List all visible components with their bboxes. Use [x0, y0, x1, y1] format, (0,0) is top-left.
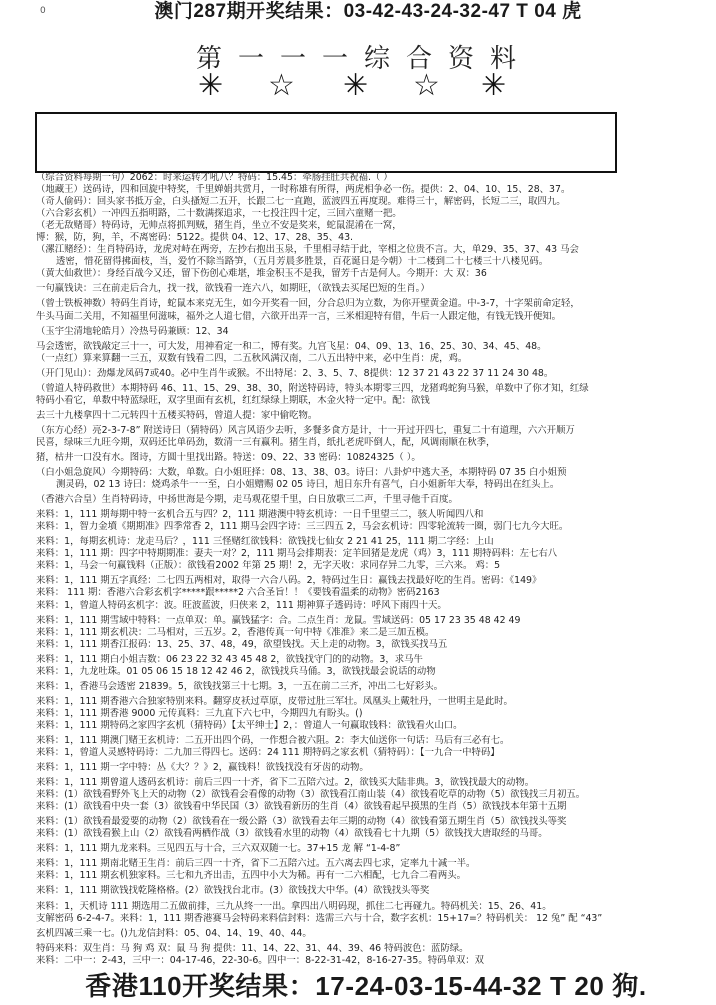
text-line: （漯江赌经）：生肖特码诗，龙虎对峙在两旁，左抄右抱出玉泉，千里相寻结于此，宰相之… — [36, 244, 716, 256]
asterisk-icon: ✳ — [481, 66, 506, 106]
text-line: 来料：1，曾道人特码玄机字：波。旺波蓝波，归侠来 2，111 期神算子透码诗：呼… — [36, 600, 716, 612]
text-line: 民喜，绿味三九旺今期，双码还比单码劲，数清一三有赢利。猪生肖，纸扎老虎吓倒人，配… — [36, 437, 716, 449]
text-line: 来料：1，111 期：四字中特期期准：妻夫一对？2，111 期马会排期表：定羊回… — [36, 548, 716, 560]
text-line: （白小姐急旋风）今期特码：大数，单数。白小姐旺择：08、13、38、03。诗曰：… — [36, 467, 716, 479]
text-line: 来料：1，111 期雪域中特料：一点单双：单。赢钱猛字：合。二点生肖：龙鼠。雪域… — [36, 615, 716, 627]
text-line: 支解密码 6-2-4-7。来料：1，111 期香港赛马会特码来料信封料：选需三六… — [36, 913, 716, 925]
text-line: 来料：1，111 期欲钱找乾隆格格。(2）欲钱找台北市。(3）欲钱找大中华。(4… — [36, 885, 716, 897]
text-line: 来料：1，111 期特码之家四字玄机（猜特码）【太平绅士】2，：曾道人一句赢取钱… — [36, 720, 716, 732]
text-line: 来料：1，111 期香港 9000 元传真料：三九直下六七中，今期四九有盼头。(… — [36, 708, 716, 720]
text-line: 博：猴，防，狗，羊，不离密码：5122。提供 04、12、17、28、35、43… — [36, 232, 716, 244]
text-line: 玄机四减三乘一七。()九龙信封料：05、04、14、19、40、44。 — [36, 928, 716, 940]
text-line: （开门见山）：劲爆龙凤码7或40。必中生肖牛或猴。不出特尾：2、3、5、7、8提… — [36, 368, 716, 380]
text-line: 来料：二中一：2-43，三中一：04-17-46，22-30-6。四中一：8-2… — [36, 955, 716, 967]
text-line: （玉宇尘清地轮皓月）冷热号码兼顾：12、34 — [36, 326, 716, 338]
info-text-body: （综合资料每期一句）2062：时来运转才吼八？特码：15.45：牵肠挂肚共祝福.… — [36, 172, 716, 967]
text-line: （曾士铁板神数）特码生肖诗，蛇鼠本来克无生，如今开奖看一回，分合总归为立数，为你… — [36, 298, 716, 310]
text-line: 来料：1，111 期曾道人透码玄机诗：前后三四一十齐，省下二五陪六过。2，欲钱买… — [36, 777, 716, 789]
text-line: 来料：1，111 期五字真经：二七四五两相对，取得一六合八码。2，特码过生日：赢… — [36, 575, 716, 587]
text-line: 来料：1，曾道人灵感特码诗：二九加三得四七。送码：24 111 期特码之家玄机（… — [36, 747, 716, 759]
text-line: （黄大仙救世）：身经百战今又还，留下伤创心难堪，堆金积玉不是我，留芳千古是何人。… — [36, 268, 716, 280]
text-line: 猪，枯井一口没有水。图诗，方圆十里找出路。特送：09、22、33 密码：1082… — [36, 452, 716, 464]
text-line: 来料：(1）欲钱看最爱要的动物（2）欲钱看在一级公路（3）欲钱看去年三期的动物（… — [36, 816, 716, 828]
text-line: （六合彩玄机）一冲四五指明路，二十数满探追求，一七投注四十定，三回六童赌一把。 — [36, 208, 716, 220]
star-decoration-row: ✳ ☆ ✳ ☆ ✳ — [0, 66, 716, 106]
text-line: 来料：(1）欲钱看中央一套（3）欲钱看中华民国（3）欲钱看新历的生肖（4）欲钱看… — [36, 801, 716, 813]
text-line: （综合资料每期一句）2062：时来运转才吼八？特码：15.45：牵肠挂肚共祝福.… — [36, 172, 716, 184]
text-line: 来料：1，天机诗 111 期选用二五做前排，三九从终一一出。拿四出八明码现，抓住… — [36, 901, 716, 913]
text-line: 牛头马面二关用，不知福里何滋味，福外之人道七借，六欲开出弄一言，三米相迎特有借，… — [36, 311, 716, 323]
text-line: 一句赢钱诀：三在前走后合九，找一找，欲钱看一连六八，如期旺，（欲钱去买尾巴短的生… — [36, 283, 716, 295]
macau-draw-result: 澳门287期开奖结果：03-42-43-24-32-47 T 04 虎 — [0, 0, 716, 24]
text-line: 来料：1，111 期香港六合独家特别来料。翻穿皮袄过草原，皮带过肚三军壮。凤凰头… — [36, 696, 716, 708]
star-outline-icon: ☆ — [413, 66, 440, 106]
text-line: 来料：1，111 期每期中特一玄机合五与四？2，111 期港澳中特玄机诗：一日千… — [36, 509, 716, 521]
text-line: 来料：1，智力金墳《期期准》四季常香 2，111 期马会四字诗：三三四五 2，马… — [36, 521, 716, 533]
asterisk-icon: ✳ — [198, 66, 223, 106]
hongkong-draw-result: 香港110开奖结果：17-24-03-15-44-32 T 20 狗. — [0, 970, 716, 1002]
text-line: 特码来料：双生肖：马 狗 鸡 双：鼠 马 狗 提供：11、14、22、31、44… — [36, 943, 716, 955]
star-outline-icon: ☆ — [268, 66, 295, 106]
text-line: 来料：1，每期玄机诗：龙走马后？，111 三怪赌红欲钱料：欲钱找七仙女 2 21… — [36, 536, 716, 548]
text-line: 来料：1，111 期澳门赌王玄机诗：二五开出四个码，一作想合被六阻。2：李大仙送… — [36, 735, 716, 747]
text-line: 马会透密，欲钱敲定三十一，可大发，用神看定一和二，博有奖。九宫飞星：04、09、… — [36, 341, 716, 353]
text-line: 来料：1，111 期九龙来料。三见四五与十合，三六双双随一七。37+15 龙 解… — [36, 843, 716, 855]
text-line: （奇人偷码）：回头家书抵万金，白头搔短二五开，长跟二七一直跑，蓝波四五再度现。难… — [36, 196, 716, 208]
asterisk-icon: ✳ — [343, 66, 368, 106]
text-line: 来料：1，111 期玄机独家料。三七和九齐出击，五四中小大为稀。再有一二六相配，… — [36, 870, 716, 882]
text-line: 测灵码，02 13 诗曰：烧鸡杀牛一一至，白小姐赠赐 02 05 诗曰，旭日东升… — [36, 479, 716, 491]
text-line: 来料：(1）欲钱看野外飞上天的动物（2）欲钱看会看像的动物（3）欲钱看江南山装（… — [36, 789, 716, 801]
text-line: （地藏王）送码诗，四和回旋中特奖，千里婵娟共赏月，一时称雄有所得，两虎相争必一伤… — [36, 184, 716, 196]
text-line: （一点红）算来算翻一三五，双数有钱看二四，二五秋风满汉南，二八五出特中来，必中生… — [36, 353, 716, 365]
text-line: （东方心经）亮2-3-7-8” 附送诗曰（猜特码）风言风语少去听，多餐多食方是计… — [36, 425, 716, 437]
text-line: 来料：1，111 期一字中特：丛《大？？》2，赢钱料！欲钱找没有牙齿的动物。 — [36, 762, 716, 774]
text-line: 来料： 111 期：香港六合彩玄机字*****跟*****2 六合圣旨！！《要钱… — [36, 587, 716, 599]
text-line: 去三十九楼拿四十二元转四十五楼买特码，曾道人提：家中偷吃物。 — [36, 410, 716, 422]
text-line: （老无敌赌哥）特码诗，无帅点将抓判贼，猪生肖，坐立不安是奖来，蛇鼠混淆在一窝， — [36, 220, 716, 232]
text-line: 来料：1，香港马会透密 21839。5，欲钱找第三十七期。3，一五在前二三齐，冲… — [36, 681, 716, 693]
blank-banner-box — [35, 112, 617, 173]
text-line: （曾道人特码救世）本期特码 46、11、15、29、38、30，附送特码诗，特头… — [36, 383, 716, 395]
text-line: 特码小看它，单数中特蓝绿旺，双字里面有玄机，红红绿绿上期联，木金火特一定中。配：… — [36, 395, 716, 407]
text-line: （香港六合皇）生肖特码诗，中扬世海是今期，走马观花望千里，白日放歌三二声，千里寻… — [36, 494, 716, 506]
text-line: 来料：1，111 期玄机决：二马相对，三五岁。2，香港传真一句中特《准准》来二是… — [36, 627, 716, 639]
text-line: 来料：(1）欲钱看猴上山（2）欲钱看两栖作战（3）欲钱看水里的动物（4）欲钱看七… — [36, 828, 716, 840]
text-line: 来料：1，马会一句赢钱料（正版）：欲钱看2002 年第 25 期！2，无字天收：… — [36, 560, 716, 572]
text-line: 来料：1，111 期香江报码：13、25、37、48，49，欲望钱找。天上走的动… — [36, 639, 716, 651]
text-line: 来料：1，111 期白小姐吉数：06 23 22 32 43 45 48 2，欲… — [36, 654, 716, 666]
text-line: 来料：1，九龙吐珠。01 05 06 15 18 12 42 46 2，欲钱找兵… — [36, 666, 716, 678]
text-line: 来料：1，111 期南北赌王生肖：前后三四一十齐，省下二五陪六过。五六离去四七求… — [36, 858, 716, 870]
text-line: 透密，惜花留得拂面枝，当，爱竹不除当路笋，（五月芳晨多胜景，百花诞日是今朝）十二… — [36, 256, 716, 268]
